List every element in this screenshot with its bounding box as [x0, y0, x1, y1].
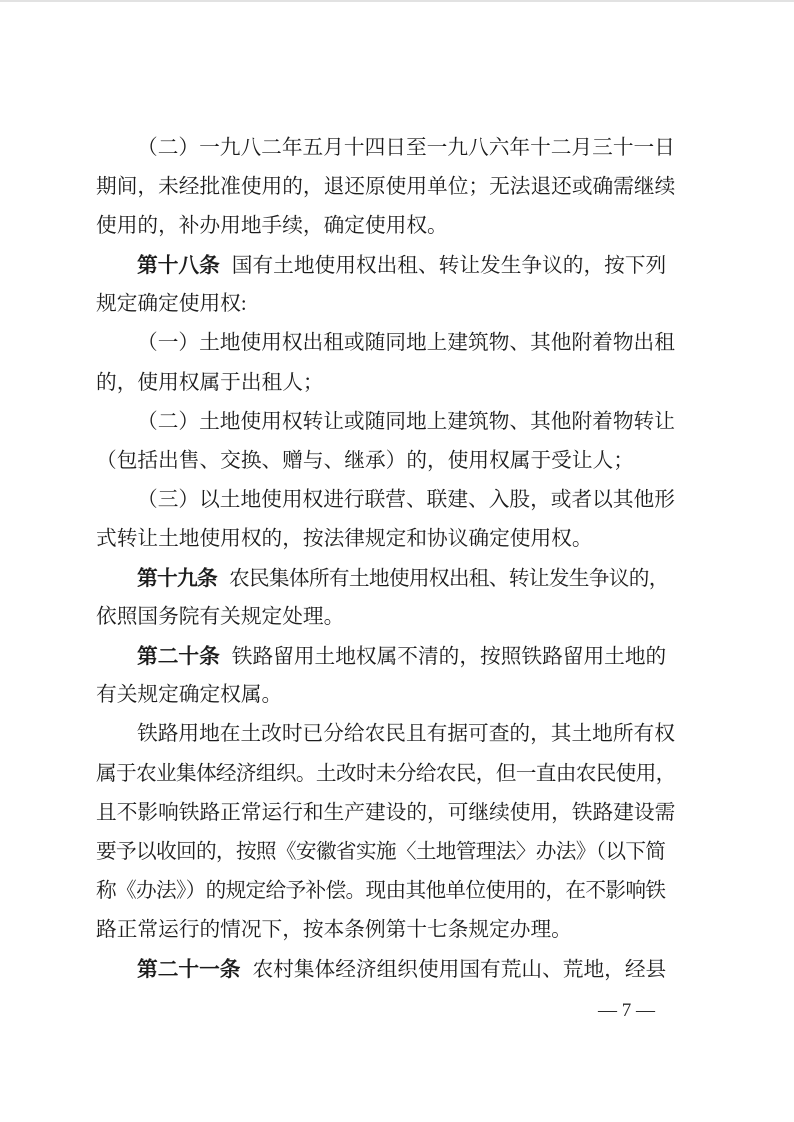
text-line: 且不影响铁路正常运行和生产建设的，可继续使用，铁路建设需 [96, 794, 682, 833]
text-line: （二）土地使用权转让或随同地上建筑物、其他附着物转让 [96, 403, 682, 442]
line-text: 农民集体所有土地使用权出租、转让发生争议的， [229, 568, 669, 590]
text-line: 第二十一条农村集体经济组织使用国有荒山、荒地，经县 [96, 950, 682, 989]
text-line: 第十九条农民集体所有土地使用权出租、转让发生争议的， [96, 559, 682, 598]
line-text: （一）土地使用权出租或随同地上建筑物、其他附着物出租 [137, 332, 675, 354]
line-text: 规定确定使用权: [96, 293, 247, 315]
line-text: 农村集体经济组织使用国有荒山、荒地，经县 [252, 959, 666, 981]
page-number: — 7 — [598, 999, 678, 1023]
line-text: 国有土地使用权出租、转让发生争议的，按下列 [232, 255, 666, 277]
text-line: 属于农业集体经济组织。土改时未分给农民，但一直由农民使用， [96, 755, 682, 794]
line-text: 依照国务院有关规定处理。 [96, 606, 344, 628]
document-page: （二）一九八二年五月十四日至一九八六年十二月三十一日期间，未经批准使用的，退还原… [0, 0, 794, 1122]
line-text: 路正常运行的情况下，按本条例第十七条规定办理。 [96, 919, 572, 941]
line-text: （三）以土地使用权进行联营、联建、入股，或者以其他形 [137, 489, 675, 511]
text-line: （二）一九八二年五月十四日至一九八六年十二月三十一日 [96, 129, 682, 168]
text-line: 的，使用权属于出租人； [96, 364, 682, 403]
line-text: （包括出售、交换、赠与、继承）的，使用权属于受让人； [96, 450, 634, 472]
line-text: 且不影响铁路正常运行和生产建设的，可继续使用，铁路建设需 [96, 802, 675, 824]
article-heading: 第十九条 [137, 567, 217, 590]
line-text: 铁路留用土地权属不清的，按照铁路留用土地的 [232, 646, 666, 668]
line-text: 有关规定确定权属。 [96, 684, 282, 706]
text-line: 有关规定确定权属。 [96, 676, 682, 715]
line-text: 要予以收回的，按照《安徽省实施〈土地管理法〉办法》（以下简 [96, 841, 665, 863]
article-heading: 第二十条 [137, 645, 220, 668]
text-line: （三）以土地使用权进行联营、联建、入股，或者以其他形 [96, 481, 682, 520]
text-line: 式转让土地使用权的，按法律规定和协议确定使用权。 [96, 520, 682, 559]
line-text: 期间，未经批准使用的，退还原使用单位；无法退还或确需继续 [96, 176, 675, 198]
text-line: 依照国务院有关规定处理。 [96, 598, 682, 637]
line-text: 属于农业集体经济组织。土改时未分给农民，但一直由农民使用， [96, 763, 676, 785]
line-text: 使用的，补办用地手续，确定使用权。 [96, 215, 448, 237]
line-text: （二）一九八二年五月十四日至一九八六年十二月三十一日 [137, 137, 675, 159]
line-text: 铁路用地在土改时已分给农民且有据可查的，其土地所有权 [137, 723, 675, 745]
line-text: 式转让土地使用权的，按法律规定和协议确定使用权。 [96, 528, 593, 550]
text-line: 规定确定使用权: [96, 285, 682, 324]
text-line: 第十八条国有土地使用权出租、转让发生争议的，按下列 [96, 246, 682, 285]
text-line: 第二十条铁路留用土地权属不清的，按照铁路留用土地的 [96, 637, 682, 676]
text-line: 称《办法》）的规定给予补偿。现由其他单位使用的，在不影响铁 [96, 872, 682, 911]
line-text: （二）土地使用权转让或随同地上建筑物、其他附着物转让 [137, 411, 675, 433]
article-heading: 第十八条 [137, 254, 220, 277]
text-line: 铁路用地在土改时已分给农民且有据可查的，其土地所有权 [96, 715, 682, 754]
document-body: （二）一九八二年五月十四日至一九八六年十二月三十一日期间，未经批准使用的，退还原… [96, 129, 682, 989]
text-line: （一）土地使用权出租或随同地上建筑物、其他附着物出租 [96, 324, 682, 363]
text-line: 使用的，补办用地手续，确定使用权。 [96, 207, 682, 246]
text-line: 要予以收回的，按照《安徽省实施〈土地管理法〉办法》（以下简 [96, 833, 682, 872]
text-line: 路正常运行的情况下，按本条例第十七条规定办理。 [96, 911, 682, 950]
text-line: （包括出售、交换、赠与、继承）的，使用权属于受让人； [96, 442, 682, 481]
line-text: 称《办法》）的规定给予补偿。现由其他单位使用的，在不影响铁 [96, 880, 665, 902]
article-heading: 第二十一条 [137, 958, 240, 981]
scan-edge-artifact [0, 0, 794, 2]
line-text: 的，使用权属于出租人； [96, 372, 324, 394]
text-line: 期间，未经批准使用的，退还原使用单位；无法退还或确需继续 [96, 168, 682, 207]
